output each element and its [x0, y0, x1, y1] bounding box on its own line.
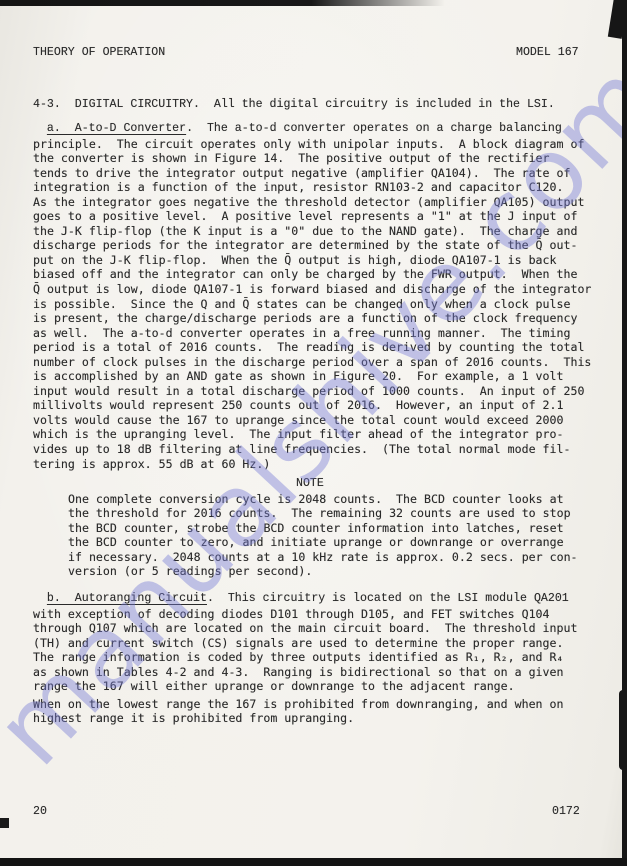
- paragraph-a-first-line: a. A-to-D Converter. The a-to-d converte…: [33, 122, 562, 137]
- paragraph-a-indent: [33, 122, 47, 135]
- running-header-left: THEORY OF OPERATION: [33, 46, 165, 61]
- note-title: NOTE: [296, 477, 324, 492]
- paragraph-a-first-line-rest: . The a-to-d converter operates on a cha…: [186, 122, 562, 135]
- scanned-manual-page: THEORY OF OPERATION MODEL 167 4-3. DIGIT…: [0, 0, 627, 866]
- note-body: One complete conversion cycle is 2048 co…: [68, 492, 578, 579]
- paragraph-a-body: principle. The circuit operates only wit…: [33, 137, 591, 472]
- scan-edge-top: [0, 0, 445, 6]
- section-heading: 4-3. DIGITAL CIRCUITRY. All the digital …: [33, 98, 555, 113]
- paragraph-b-heading: b. Autoranging Circuit: [47, 592, 207, 605]
- page-number: 20: [33, 805, 47, 820]
- scan-edge-right-bulge: [619, 690, 627, 770]
- paragraph-a-heading: a. A-to-D Converter: [47, 122, 186, 135]
- scan-artifact-left: [0, 818, 9, 828]
- paragraph-b-first-line-rest: . This circuitry is located on the LSI m…: [207, 592, 569, 605]
- paragraph-b-first-line: b. Autoranging Circuit. This circuitry i…: [33, 592, 569, 607]
- scan-edge-bottom: [0, 858, 627, 866]
- paragraph-b-indent: [33, 592, 47, 605]
- running-header-right: MODEL 167: [516, 46, 579, 61]
- footer-code: 0172: [552, 805, 580, 820]
- paragraph-b-body: with exception of decoding diodes D101 t…: [33, 607, 577, 694]
- paragraph-b-body-continued: When on the lowest range the 167 is proh…: [33, 697, 563, 726]
